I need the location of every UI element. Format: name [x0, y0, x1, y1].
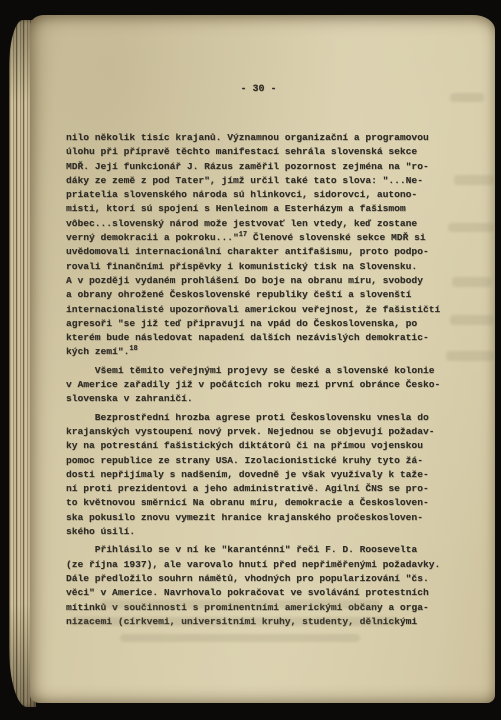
paragraph: nilo několik tisíc krajanů. Významnou or…: [66, 131, 468, 360]
text-line: MDŘ. Její funkcionář J. Rázus zaměřil po…: [66, 160, 468, 174]
text-line: Dále předložilo souhrn námětů, vhodných …: [66, 572, 468, 586]
text-line: krajanských vystoupení nový prvek. Nejed…: [66, 425, 468, 439]
paragraph: Bezprostřední hrozba agrese proti Českos…: [66, 411, 468, 540]
showthrough-smudge: [120, 634, 360, 642]
showthrough-smudge: [450, 93, 484, 102]
text-line: věci" v Americe. Navrhovalo pokračovat v…: [66, 586, 468, 600]
footnote-ref: 18: [129, 345, 137, 353]
text-line: internacionalisté upozorňovali americkou…: [66, 303, 468, 317]
book-page: - 30 - nilo několik tisíc krajanů. Význa…: [30, 15, 495, 703]
text-line: verný demokracii a pokroku..."17 Členové…: [66, 231, 468, 245]
text-line: A v později vydaném prohlášení Do boje n…: [66, 274, 468, 288]
showthrough-smudge: [446, 351, 494, 361]
showthrough-smudge: [100, 600, 380, 609]
text-line: ní proti prezidentovi a jeho administrat…: [66, 482, 468, 496]
text-line: ského úsilí.: [66, 525, 468, 539]
text-line: pomoc republice ze strany USA. Izolacion…: [66, 454, 468, 468]
text-line: Všemi těmito veřejnými projevy se české …: [66, 364, 468, 378]
showthrough-smudge: [448, 223, 494, 232]
text-line: a obrany ohrožené Československé republi…: [66, 288, 468, 302]
showthrough-smudge: [452, 277, 492, 287]
text-line: to květnovou směrnicí Na obranu míru, de…: [66, 496, 468, 510]
text-line: kých zemí".18: [66, 345, 468, 359]
text-line: Bezprostřední hrozba agrese proti Českos…: [66, 411, 468, 425]
text-line: vôbec...slovenský národ može jestvovať l…: [66, 217, 468, 231]
text-line: ky na potrestání fašistických diktátorů …: [66, 439, 468, 453]
text-line: dosti nepřijímaly s nadšením, dovedně je…: [66, 468, 468, 482]
showthrough-smudge: [454, 175, 494, 185]
showthrough-smudge: [70, 617, 400, 626]
book-photo-background: - 30 - nilo několik tisíc krajanů. Význa…: [0, 0, 501, 720]
text-line: uvědomovali internacionální charakter an…: [66, 245, 468, 259]
text-line: rovali finančními příspěvky i komunistic…: [66, 260, 468, 274]
text-line: slovenska v zahraničí.: [66, 392, 468, 406]
text-line: v Americe zařadily již v počátcích roku …: [66, 378, 468, 392]
text-line: úlohu při přípravě těchto manifestací se…: [66, 145, 468, 159]
page-number: - 30 -: [70, 84, 447, 95]
text-line: priatelia slovenského národa sú hlinkovc…: [66, 188, 468, 202]
paragraph: Všemi těmito veřejnými projevy se české …: [66, 364, 468, 407]
text-line: misti, ktorí sú spojení s Henleinom a Es…: [66, 202, 468, 216]
text-line: agresoři "se již teď připravují na vpád …: [66, 317, 468, 331]
text-line: kterém bude následovat napadení dalších …: [66, 331, 468, 345]
footnote-ref: 17: [239, 231, 247, 239]
text-line: Přihlásilo se v ní ke "karanténní" řeči …: [66, 543, 468, 557]
page-body: nilo několik tisíc krajanů. Významnou or…: [66, 131, 468, 633]
text-line: (ze října 1937), ale varovalo hnutí před…: [66, 558, 468, 572]
text-line: dáky ze země z pod Tater", jímž určil ta…: [66, 174, 468, 188]
text-line: nilo několik tisíc krajanů. Významnou or…: [66, 131, 468, 145]
text-line: ska pokusilo znovu vymezit hranice kraja…: [66, 511, 468, 525]
showthrough-smudge: [450, 315, 494, 325]
